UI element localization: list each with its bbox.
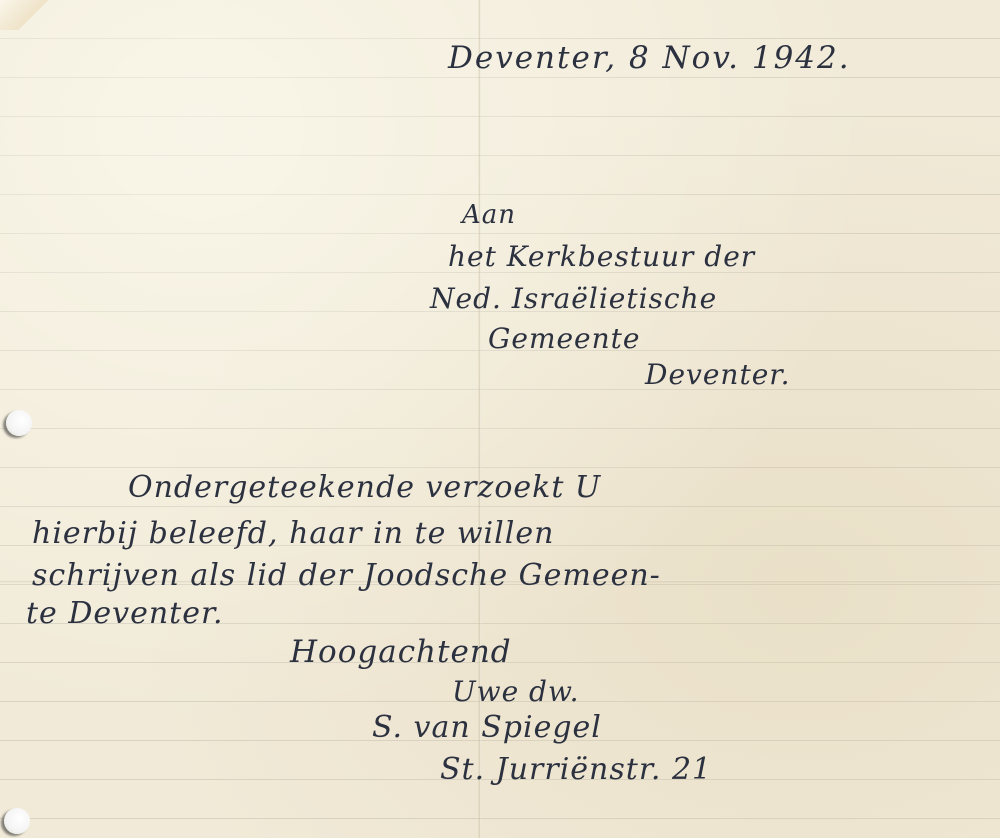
recipient-line: Ned. Israëlietische <box>430 282 717 315</box>
body-line: te Deventer. <box>26 596 224 631</box>
punch-hole-icon <box>4 808 30 834</box>
recipient-line: het Kerkbestuur der <box>448 240 755 273</box>
punch-hole-icon <box>6 410 32 436</box>
body-line: hierbij beleefd, haar in te willen <box>32 516 554 551</box>
closing-valediction: Uwe dw. <box>452 675 580 708</box>
body-line: Ondergeteekende verzoekt U <box>128 470 601 505</box>
recipient-line: Deventer. <box>645 358 790 391</box>
recipient-line: Gemeente <box>488 322 640 355</box>
place-date: Deventer, 8 Nov. 1942. <box>448 40 851 76</box>
body-line: schrijven als lid der Joodsche Gemeen- <box>32 558 661 593</box>
signature: S. van Spiegel <box>372 710 602 745</box>
sender-address: St. Jurriënstr. 21 <box>440 752 712 787</box>
closing-salutation: Hoogachtend <box>290 634 512 670</box>
recipient-line: Aan <box>462 200 516 230</box>
torn-corner <box>0 0 50 30</box>
letter-page: Deventer, 8 Nov. 1942. Aan het Kerkbestu… <box>0 0 1000 838</box>
